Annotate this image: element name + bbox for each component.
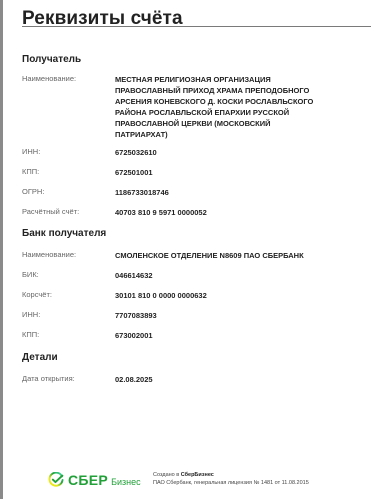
field-label: БИК: [22,270,39,279]
recipient-ogrn-value: 1186733018746 [115,187,355,198]
bank-corr-account-value: 30101 810 0 0000 0000632 [115,290,355,301]
bank-name-value: СМОЛЕНСКОЕ ОТДЕЛЕНИЕ N8609 ПАО СБЕРБАНК [115,250,355,261]
recipient-name-value: МЕСТНАЯ РЕЛИГИОЗНАЯ ОРГАНИЗАЦИЯ ПРАВОСЛА… [115,74,320,140]
field-label: Наименование: [22,74,76,83]
recipient-account-value: 40703 810 9 5971 0000052 [115,207,355,218]
created-brand: СберБизнес [181,472,214,478]
field-label: Корсчёт: [22,290,52,299]
bank-kpp-value: 673002001 [115,330,355,341]
logo-business-text: Бизнес [111,477,141,487]
section-title-bank: Банк получателя [22,228,106,239]
document-footer: СБЕР Бизнес Создано в СберБизнес ПАО Сбе… [48,468,368,492]
field-label: ОГРН: [22,187,44,196]
section-title-recipient: Получатель [22,54,81,65]
field-label: Дата открытия: [22,374,75,383]
open-date-value: 02.08.2025 [115,374,355,385]
sber-check-icon [48,472,64,488]
bank-bik-value: 046614632 [115,270,355,281]
created-in-line: Создано в СберБизнес [153,472,309,480]
recipient-inn-value: 6725032610 [115,147,355,158]
bank-inn-value: 7707083893 [115,310,355,321]
field-label: Наименование: [22,250,76,259]
logo-sber-text: СБЕР [68,472,108,488]
recipient-kpp-value: 672501001 [115,167,355,178]
field-label: ИНН: [22,310,40,319]
field-label: Расчётный счёт: [22,207,79,216]
footer-credits: Создано в СберБизнес ПАО Сбербанк, генер… [153,472,309,487]
field-label: КПП: [22,330,39,339]
sber-business-logo: СБЕР Бизнес [48,470,141,490]
field-label: ИНН: [22,147,40,156]
section-title-details: Детали [22,352,58,363]
title-divider [22,26,371,27]
page-left-border [0,0,3,499]
license-line: ПАО Сбербанк, генеральная лицензия № 148… [153,480,309,488]
field-label: КПП: [22,167,39,176]
